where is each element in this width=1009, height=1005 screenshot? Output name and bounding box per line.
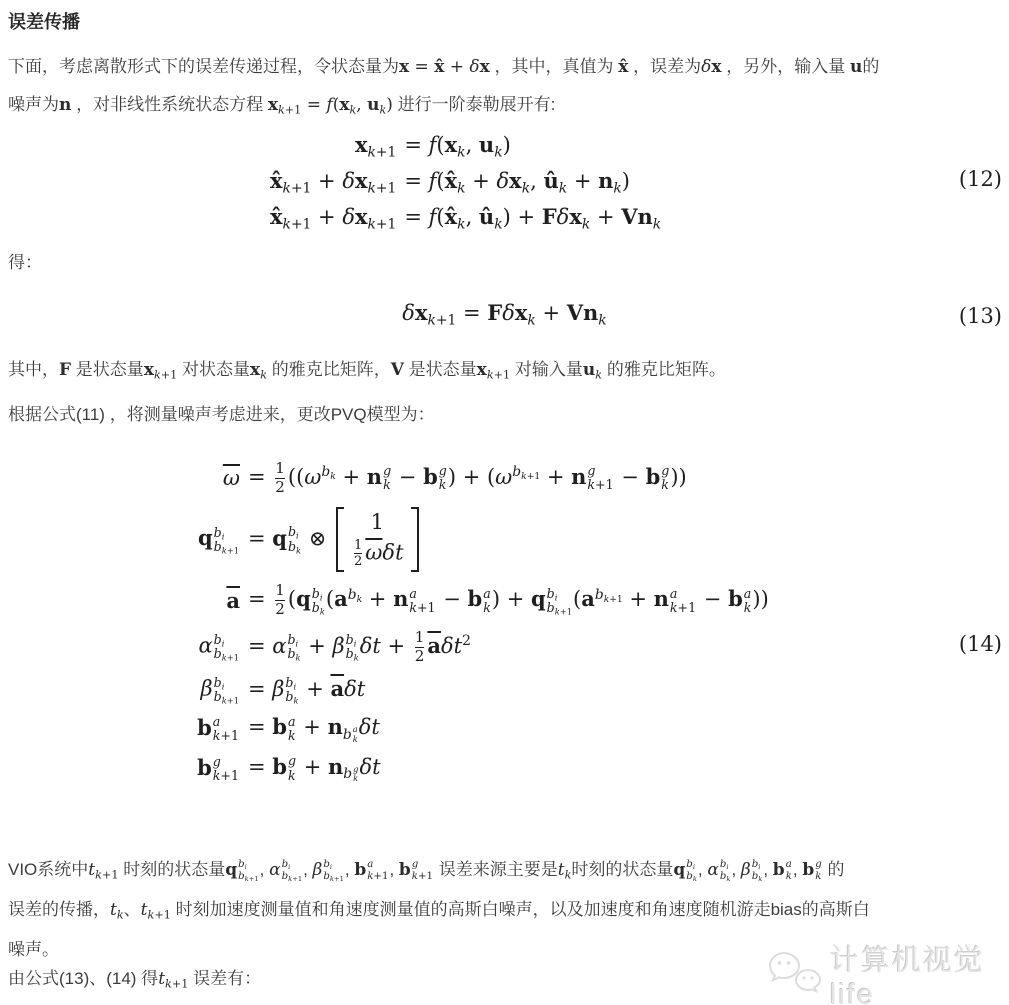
watermark-text: 计算机视觉life <box>830 938 1009 1005</box>
math-lhs: xk+1 <box>270 132 396 157</box>
math-lhs: αbibk+1 <box>148 633 240 661</box>
paragraph-pvq: 根据公式(11) ，将测量噪声考虑进来，更改PVQ模型为： <box>8 402 1003 428</box>
math-lhs: bgk+1 <box>148 755 240 784</box>
equation-number-12: (12) <box>959 167 1002 191</box>
math-rhs: = bak + nbakδt <box>248 714 769 744</box>
math-lhs: x̂k+1 + δxk+1 <box>270 168 396 193</box>
math-lhs: x̂k+1 + δxk+1 <box>270 204 396 229</box>
math-lhs: bak+1 <box>148 715 240 744</box>
math-rhs: = 12(qbibk(abk + nak+1 − bak) + qbibk+1(… <box>248 582 769 619</box>
math-lhs: a <box>148 588 240 613</box>
watermark: 计算机视觉life <box>768 938 1009 1005</box>
math-rhs: = αbibk + βbibkδt + 12aδt2 <box>248 629 769 666</box>
paragraph-intro: 下面，考虑离散形式下的误差传递过程，令状态量为x = x̂ + δx ，其中，真… <box>8 48 1003 124</box>
math-rhs: = f(x̂k + δxk, ûk + nk) <box>404 168 661 193</box>
equation-14: ω = 12((ωbk + ngk − bgk) + (ωbk+1 + ngk+… <box>148 460 769 784</box>
wechat-bubbles-icon <box>768 950 822 1001</box>
math-rhs: = 12((ωbk + ngk − bgk) + (ωbk+1 + ngk+1 … <box>248 460 769 497</box>
page-title: 误差传播 <box>8 8 80 34</box>
paragraph-jacobian: 其中，F 是状态量xk+1 对状态量xk 的雅克比矩阵，V 是状态量xk+1 对… <box>8 355 1003 385</box>
equation-12: xk+1 = f(xk, uk) x̂k+1 + δxk+1 = f(x̂k +… <box>270 132 661 229</box>
equation-13: δxk+1 = Fδxk + Vnk <box>0 300 1009 325</box>
equation-number-13: (13) <box>959 304 1002 328</box>
math-lhs: βbibk+1 <box>148 676 240 704</box>
equation-14-grid: ω = 12((ωbk + ngk − bgk) + (ωbk+1 + ngk+… <box>148 460 769 784</box>
math-lhs: ω <box>148 466 240 490</box>
equation-number-14: (14) <box>959 632 1002 656</box>
math-rhs: = f(xk, uk) <box>404 132 661 157</box>
math-rhs: = βbibk + aδt <box>248 676 769 705</box>
math-lhs: qbibk+1 <box>148 525 240 554</box>
equation-12-grid: xk+1 = f(xk, uk) x̂k+1 + δxk+1 = f(x̂k +… <box>270 132 661 229</box>
math-rhs: = f(x̂k, ûk) + Fδxk + Vnk <box>404 204 661 229</box>
math-rhs: = bgk + nbgkδt <box>248 754 769 784</box>
math-rhs: = qbibk ⊗ 112ωδt <box>248 507 769 573</box>
paragraph-de: 得： <box>8 250 1003 276</box>
